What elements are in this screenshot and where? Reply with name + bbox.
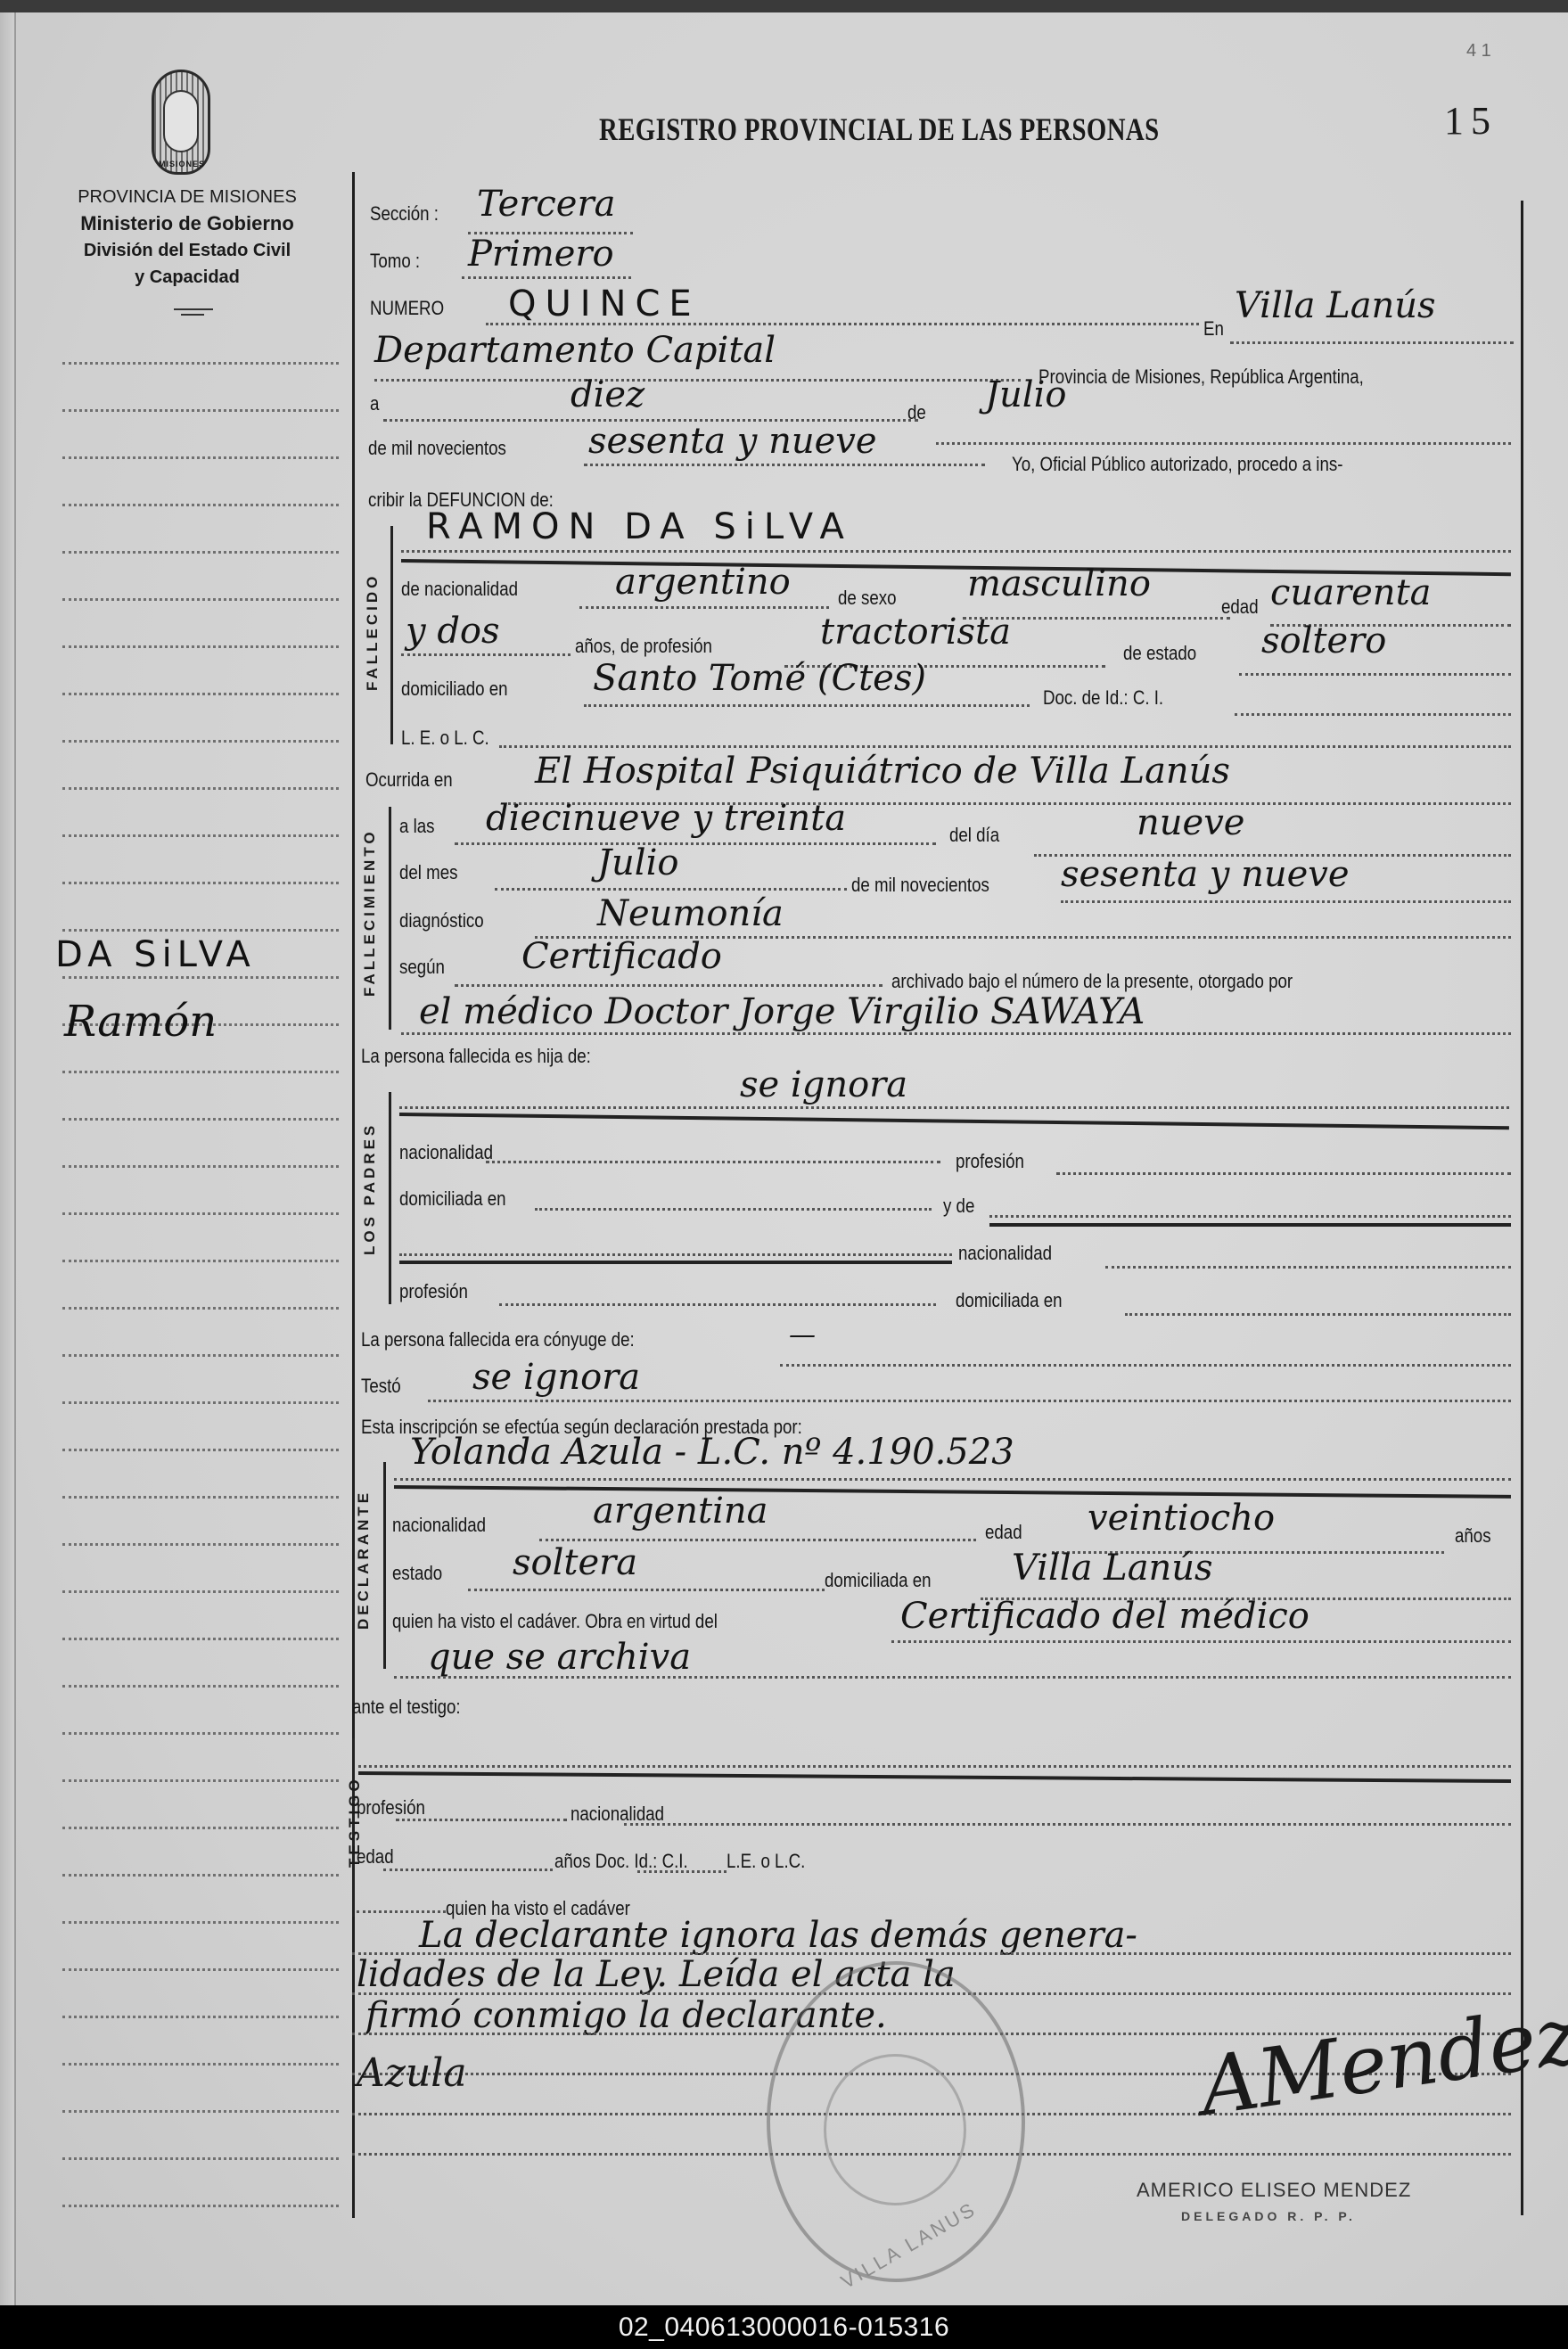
right-border	[1521, 201, 1523, 2215]
declarante-name-line	[394, 1478, 1511, 1481]
margin-line	[62, 1779, 339, 1782]
a-label: a	[370, 392, 379, 415]
hora-line	[455, 842, 936, 845]
declarante-name: Yolanda Azula - L.C. nº 4.190.523	[410, 1432, 1014, 1473]
testo-label: Testó	[361, 1375, 401, 1398]
testo-line	[428, 1400, 1511, 1402]
sexo-value: masculino	[967, 563, 1151, 604]
margin-line	[62, 1968, 339, 1971]
official-stamp-icon: VILLA LANUS	[767, 1961, 1025, 2282]
margin-line	[62, 834, 339, 837]
margin-line	[62, 787, 339, 790]
testigo-profesion-line	[396, 1819, 567, 1821]
padres-profesion-label: profesión	[956, 1150, 1024, 1173]
margin-line	[62, 1685, 339, 1688]
hija-value: se ignora	[740, 1064, 907, 1105]
margin-line	[62, 1590, 339, 1593]
segun-value: Certificado	[521, 936, 722, 977]
declarante-edad-label: edad	[985, 1521, 1022, 1544]
margin-line	[62, 1354, 339, 1357]
anio-label: de mil novecientos	[368, 437, 506, 460]
padres-nacionalidad2-line	[1105, 1266, 1511, 1269]
estado-value: soltero	[1261, 620, 1386, 661]
conyuge-line	[780, 1364, 1511, 1367]
margin-line	[62, 409, 339, 412]
sexo-label: de sexo	[838, 587, 897, 610]
en-value: Villa Lanús	[1235, 285, 1436, 326]
margin-line	[62, 693, 339, 695]
obra-cont-line	[394, 1676, 1511, 1679]
page-binding-edge	[0, 12, 16, 2305]
en-line	[1230, 341, 1514, 344]
margin-line	[62, 2016, 339, 2018]
dia-label: del día	[949, 824, 999, 847]
doc-label: Doc. de Id.: C. I.	[1043, 686, 1163, 710]
margin-line	[62, 1543, 339, 1546]
padres-domiciliada2-label: domiciliada en	[956, 1289, 1063, 1312]
seal-shield-icon	[163, 90, 199, 152]
fallecimiento-bracket	[389, 807, 391, 1030]
fallecido-bracket	[390, 526, 393, 744]
declarante-bracket	[383, 1462, 386, 1669]
y-de-label: y de	[943, 1195, 974, 1218]
madre-line	[989, 1215, 1511, 1218]
testigo-le-lc-label: L.E. o L.C.	[727, 1850, 805, 1873]
diagnostico-label: diagnóstico	[399, 909, 484, 932]
dia-fallecimiento-value: nueve	[1137, 802, 1244, 843]
padres-nacionalidad-line	[486, 1161, 940, 1163]
testigo-edad-label: edad	[357, 1845, 394, 1869]
margin-line	[62, 551, 339, 554]
margin-line	[62, 2205, 339, 2207]
officer-name: AMERICO ELISEO MENDEZ	[1137, 2179, 1411, 2202]
agency-province: PROVINCIA DE MISIONES	[49, 184, 325, 210]
testigo-cadaver-line	[357, 1910, 446, 1913]
hora-value: diecinueve y treinta	[486, 798, 846, 839]
margin-line	[62, 1921, 339, 1924]
de-label: de	[907, 401, 926, 424]
margin-line	[62, 976, 339, 979]
margin-line	[62, 2110, 339, 2113]
ocurrida-label: Ocurrida en	[365, 768, 453, 792]
notes-line-1: La declarante ignora las demás genera-	[419, 1915, 1137, 1956]
declarante-signature: Azula	[357, 2050, 467, 2096]
mes-label: del mes	[399, 861, 457, 884]
provincial-seal-icon: MISIONES	[152, 70, 210, 175]
departamento-value: Departamento Capital	[374, 330, 776, 371]
margin-line	[62, 1307, 339, 1310]
testo-value: se ignora	[472, 1357, 640, 1398]
declarante-domicilio-label: domiciliada en	[825, 1569, 932, 1592]
corner-mark: 4 1	[1466, 41, 1491, 62]
officer-role: DELEGADO R. P. P.	[1181, 2209, 1356, 2223]
margin-line	[62, 1165, 339, 1168]
margin-line	[62, 1449, 339, 1451]
le-lc-label: L. E. o L. C.	[401, 727, 489, 750]
margin-line	[62, 362, 339, 365]
hora-label: a las	[399, 815, 435, 838]
declarante-section-label: DECLARANTE	[355, 1490, 373, 1630]
edad-value: cuarenta	[1270, 572, 1432, 613]
padres-nacionalidad-label: nacionalidad	[399, 1141, 493, 1164]
anos-profesion-label: años, de profesión	[575, 635, 712, 658]
anio-value: sesenta y nueve	[588, 421, 877, 462]
nacionalidad-value: argentino	[615, 562, 791, 603]
obra-label: quien ha visto el cadáver. Obra en virtu…	[392, 1610, 718, 1633]
scan-footer: 02_040613000016-015316	[0, 2305, 1568, 2349]
dia-value: diez	[571, 374, 644, 415]
margin-line	[62, 1212, 339, 1215]
declarante-nacionalidad-label: nacionalidad	[392, 1514, 486, 1537]
margin-line	[62, 2063, 339, 2066]
padres-profesion2-line	[499, 1303, 936, 1306]
margin-line	[62, 1118, 339, 1121]
margin-line	[62, 456, 339, 459]
estado-line	[1239, 673, 1511, 676]
testigo-intro-label: ante el testigo:	[352, 1696, 461, 1719]
madre-rule	[989, 1223, 1511, 1227]
padre-line	[399, 1106, 1509, 1109]
agency-capacity: y Capacidad	[49, 264, 325, 291]
mes-value: Julio	[985, 374, 1066, 415]
testigo-nacionalidad-line	[624, 1823, 1511, 1826]
testigo-edad-line	[383, 1869, 553, 1871]
issuing-agency: PROVINCIA DE MISIONES Ministerio de Gobi…	[49, 184, 325, 291]
declarante-estado-label: estado	[392, 1562, 442, 1585]
margin-line	[62, 1260, 339, 1262]
numero-value: QUINCE	[508, 283, 701, 324]
mes-fallecimiento-line	[495, 888, 847, 891]
anio-fallecimiento-label: de mil novecientos	[851, 874, 989, 897]
margin-line	[62, 598, 339, 601]
margin-line	[62, 1401, 339, 1404]
declarante-nacionalidad-line	[539, 1539, 976, 1541]
stamp-emblem-icon	[824, 2054, 966, 2205]
fallecido-section-label: FALLECIDO	[364, 573, 382, 691]
le-lc-line	[499, 745, 1511, 748]
anio-fallecimiento-line	[1061, 900, 1511, 903]
document-title: REGISTRO PROVINCIAL DE LAS PERSONAS	[599, 111, 1160, 148]
testigo-doc-line	[637, 1870, 727, 1873]
en-label: En	[1203, 317, 1224, 341]
padres-nacionalidad2-label: nacionalidad	[958, 1242, 1052, 1265]
margin-line	[62, 1638, 339, 1640]
tomo-line	[462, 276, 631, 279]
archivado-text: archivado bajo el número de la presente,…	[891, 970, 1293, 993]
domicilio-value: Santo Tomé (Ctes)	[593, 658, 926, 699]
mes-fallecimiento-value: Julio	[597, 842, 678, 883]
margin-line	[62, 882, 339, 884]
margin-line	[62, 929, 339, 932]
segun-line	[455, 984, 883, 987]
segun-label: según	[399, 956, 445, 979]
nacionalidad-line	[579, 606, 829, 609]
margin-line	[62, 740, 339, 743]
declarante-domicilio-value: Villa Lanús	[1012, 1548, 1213, 1589]
departamento-line	[374, 379, 1021, 382]
agency-ministry: Ministerio de Gobierno	[49, 210, 325, 237]
declarante-estado-line	[468, 1589, 825, 1591]
name-line	[401, 550, 1511, 553]
tomo-label: Tomo :	[370, 250, 420, 273]
medico-value: el médico Doctor Jorge Virgilio SAWAYA	[419, 991, 1145, 1032]
anio-line	[584, 464, 985, 466]
margin-line	[62, 2157, 339, 2160]
margin-line	[62, 1827, 339, 1829]
margin-line	[62, 1496, 339, 1499]
margin-line	[62, 645, 339, 648]
declarante-nacionalidad-value: argentina	[593, 1491, 768, 1532]
declarante-estado-value: soltera	[513, 1542, 637, 1583]
oficial-text: Yo, Oficial Público autorizado, procedo …	[1012, 453, 1342, 476]
page-number: 15	[1444, 98, 1498, 144]
margin-line	[62, 1732, 339, 1735]
conyuge-label: La persona fallecida era cónyuge de:	[361, 1328, 635, 1351]
margin-given-name: Ramón	[64, 997, 217, 1047]
seal-label: MISIONES	[158, 160, 206, 168]
margin-line	[62, 1874, 339, 1877]
tomo-value: Primero	[468, 234, 614, 275]
declarante-edad-value: veintiocho	[1088, 1498, 1275, 1539]
padres-section-label: LOS PADRES	[361, 1122, 379, 1255]
diagnostico-value: Neumonía	[597, 893, 784, 934]
doc-line	[1235, 713, 1511, 716]
domicilio-line	[584, 704, 1030, 707]
nacionalidad-label: de nacionalidad	[401, 578, 518, 601]
agency-division: División del Estado Civil	[49, 237, 325, 264]
margin-line	[62, 504, 339, 506]
domicilio-label: domiciliado en	[401, 678, 508, 701]
anio-fallecimiento-value: sesenta y nueve	[1061, 854, 1350, 895]
mes-line	[936, 442, 1511, 445]
edad-cont-line	[401, 653, 571, 656]
margin-surname: DA SiLVA	[55, 934, 256, 975]
seccion-value: Tercera	[477, 184, 615, 225]
edad-label: edad	[1221, 595, 1259, 619]
fallecimiento-section-label: FALLECIMIENTO	[361, 828, 379, 997]
padres-bracket	[389, 1092, 391, 1304]
fallecido-name: RAMON DA SiLVA	[426, 506, 853, 547]
declarante-anos-label: años	[1455, 1524, 1491, 1548]
padres-profesion-line	[1056, 1172, 1511, 1175]
obra-line	[891, 1640, 1511, 1643]
madre-cont-line	[399, 1253, 952, 1256]
padres-domiciliada2-line	[1125, 1313, 1511, 1316]
padres-profesion2-label: profesión	[399, 1280, 468, 1303]
estado-label: de estado	[1123, 642, 1196, 665]
ocurrida-value: El Hospital Psiquiátrico de Villa Lanús	[535, 751, 1230, 792]
conyuge-value: —	[789, 1319, 816, 1351]
obra-value: Certificado del médico	[900, 1596, 1309, 1637]
provincia-text: Provincia de Misiones, República Argenti…	[1038, 365, 1364, 389]
padres-domiciliada-line	[535, 1208, 932, 1211]
medico-line	[401, 1032, 1511, 1035]
hija-label: La persona fallecida es hija de:	[361, 1045, 591, 1068]
numero-line	[486, 323, 1199, 325]
profesion-value: tractorista	[820, 612, 1011, 653]
seccion-label: Sección :	[370, 202, 439, 226]
margin-line	[62, 1071, 339, 1073]
agency-underline	[174, 308, 213, 316]
testigo-name-line	[358, 1765, 1511, 1768]
testigo-profesion-label: profesión	[357, 1796, 425, 1819]
madre-cont-rule	[399, 1261, 952, 1264]
padres-domiciliada-label: domiciliada en	[399, 1187, 506, 1211]
obra-continued: que se archiva	[428, 1637, 691, 1678]
edad-continued: y dos	[406, 611, 500, 652]
numero-label: NUMERO	[370, 297, 444, 320]
file-id: 02_040613000016-015316	[0, 2312, 1568, 2343]
